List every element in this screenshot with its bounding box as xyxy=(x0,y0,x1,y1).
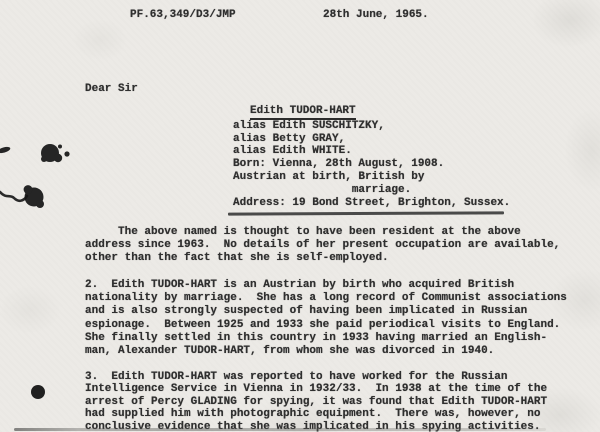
ink-dash xyxy=(0,146,11,155)
ink-dot-small xyxy=(64,151,69,156)
subject-block: Edith TUDOR-HART alias Edith SUSCHITZKY,… xyxy=(233,105,510,209)
scanned-letter-page: PF.63,349/D3/JMP 28th June, 1965. Dear S… xyxy=(0,0,600,432)
subject-details: alias Edith SUSCHITZKY, alias Betty GRAY… xyxy=(233,120,510,210)
ink-blots-group xyxy=(0,135,90,415)
paragraph-1: The above named is thought to have been … xyxy=(85,226,560,266)
letter-date: 28th June, 1965. xyxy=(323,9,429,21)
ink-dot-round xyxy=(31,385,45,399)
paragraph-2: 2. Edith TUDOR-HART is an Austrian by bi… xyxy=(85,279,567,358)
subject-title: Edith TUDOR-HART xyxy=(250,105,356,120)
paragraph-3: 3. Edith TUDOR-HART was reported to have… xyxy=(85,371,547,432)
next-line-cutoff-streak xyxy=(14,428,546,431)
file-reference-number: PF.63,349/D3/JMP xyxy=(130,9,236,21)
salutation: Dear Sir xyxy=(85,83,138,95)
pen-squiggle xyxy=(0,192,27,201)
subject-underline-rule xyxy=(228,211,504,215)
